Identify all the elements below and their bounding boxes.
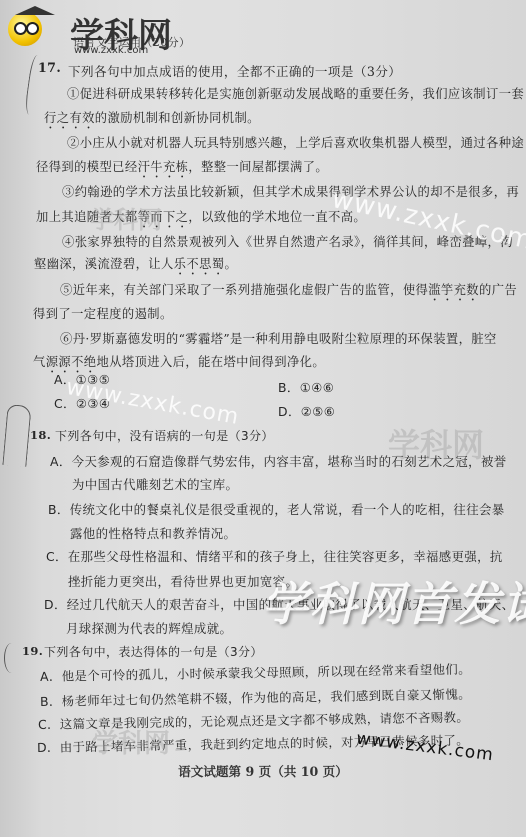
glasses-icon bbox=[26, 22, 39, 35]
q17-item-5-line2: 得到了一定程度的遏制。 bbox=[33, 304, 173, 322]
question-18-stem: 下列各句中，没有语病的一句是（3分） bbox=[55, 427, 274, 444]
q17-option-c[interactable]: C．②③④ bbox=[54, 394, 110, 412]
q19-option-a[interactable]: A．他是个可怜的孤儿，小时候承蒙我父母照顾，所以现在经常来看望他们。 bbox=[40, 659, 471, 685]
q18-option-c-line1[interactable]: C．在那些父母性格温和、情绪平和的孩子身上，往往笑容更多，幸福感更强，抗 bbox=[46, 547, 503, 565]
q18-option-b-line2: 露他的性格特点和教养情况。 bbox=[70, 524, 236, 542]
q17-item-4-line2: 壑幽深，溪流澄碧，让人乐不思蜀。 bbox=[34, 254, 237, 278]
q18-option-a-line1[interactable]: A．今天参观的石窟造像群气势宏伟，内容丰富，堪称当时的石刻艺术之冠，被誉 bbox=[50, 452, 507, 470]
graduation-cap-icon bbox=[15, 6, 55, 15]
question-17-stem: 下列各句中加点成语的使用，全都不正确的一项是（3分） bbox=[68, 61, 401, 80]
dotted-idiom: 源源不绝 bbox=[46, 355, 97, 369]
dotted-idiom: 等而下之 bbox=[138, 210, 189, 224]
q18-option-a-line2: 为中国古代雕刻艺术的宝库。 bbox=[72, 475, 238, 493]
q17-item-5-line1: ⑤近年来，有关部门采取了一系列措施强化虚假广告的监管，使得滥竽充数的广告 bbox=[60, 280, 517, 304]
q19-option-d[interactable]: D．由于路上堵车非常严重，我赶到约定地点的时候，对方早已恭候多时了。 bbox=[37, 730, 469, 756]
page-footer: 语文试题第 9 页（共 10 页） bbox=[0, 761, 526, 780]
q17-item-6-line1: ⑥丹·罗斯嘉德发明的“雾霾塔”是一种利用静电吸附尘粒原理的环保装置，脏空 bbox=[60, 329, 497, 347]
q17-option-d[interactable]: D．②⑤⑥ bbox=[278, 402, 335, 420]
q17-item-3-line2: 加上其追随者大都等而下之，以致他的学术地位一直不高。 bbox=[36, 207, 366, 231]
q17-item-2-line2: 径得到的模型已经汗牛充栋，整整一间屋都摆满了。 bbox=[36, 157, 328, 181]
q17-option-b[interactable]: B．①④⑥ bbox=[278, 378, 334, 396]
q17-item-1-line1: ①促进科研成果转移转化是实施创新驱动发展战略的重要任务，我们应该制订一套 bbox=[67, 84, 524, 102]
q17-item-3-line1: ③约翰逊的学术方法虽比较新颖，但其学术成果得到学术界公认的却不是很多，再 bbox=[62, 182, 519, 200]
q17-item-4-line1: ④张家界独特的自然景观被列入《世界自然遗产名录》，徜徉其间，峰峦叠嶂，沟 bbox=[62, 232, 513, 250]
q18-option-d-line1[interactable]: D．经过几代航天人的艰苦奋斗，中国的航天事业取得了以载人航天、卫星、航天、 bbox=[44, 595, 514, 613]
q17-item-1-line2: 行之有效的激励机制和创新协同机制。 bbox=[44, 108, 260, 132]
dotted-idiom: 汗牛充栋 bbox=[138, 160, 189, 174]
question-17-number: 17. bbox=[38, 60, 61, 75]
q18-option-d-line2: 月球探测为代表的辉煌成就。 bbox=[66, 619, 232, 637]
q17-option-a[interactable]: A．①③⑤ bbox=[54, 370, 110, 388]
dotted-idiom: 行之有效 bbox=[44, 111, 95, 125]
q19-option-b[interactable]: B．杨老师年过七旬仍然笔耕不辍，作为他的高足，我们感到既自豪又惭愧。 bbox=[40, 684, 471, 710]
section-title: 语言文字运用（20分） bbox=[73, 34, 190, 50]
dotted-idiom: 滥竽充数 bbox=[428, 283, 479, 297]
q18-option-b-line1[interactable]: B．传统文化中的餐桌礼仪是很受重视的，老人常说，看一个人的吃相，往往会暴 bbox=[48, 500, 505, 518]
q18-option-c-line2: 挫折能力更突出，看待世界也更加宽容。 bbox=[68, 572, 298, 590]
q17-item-2-line1: ②小庄从小就对机器人玩具特别感兴趣，上学后喜欢收集机器人模型，通过各种途 bbox=[67, 133, 524, 151]
q19-option-c[interactable]: C．这篇文章是我刚完成的，无论观点还是文字都不够成熟，请您不吝赐教。 bbox=[38, 707, 469, 733]
question-18-number: 18. bbox=[30, 428, 51, 442]
dotted-idiom: 乐不思蜀 bbox=[174, 257, 225, 271]
question-19-number: 19. bbox=[22, 644, 43, 658]
question-19-stem: 下列各句中，表达得体的一句是（3分） bbox=[44, 643, 263, 660]
handwritten-mark bbox=[2, 404, 31, 467]
handwritten-mark bbox=[4, 643, 19, 673]
exam-page: 学科网 语言文字运用（20分） www.zxxk.com 17. 下列各句中加点… bbox=[0, 0, 526, 837]
